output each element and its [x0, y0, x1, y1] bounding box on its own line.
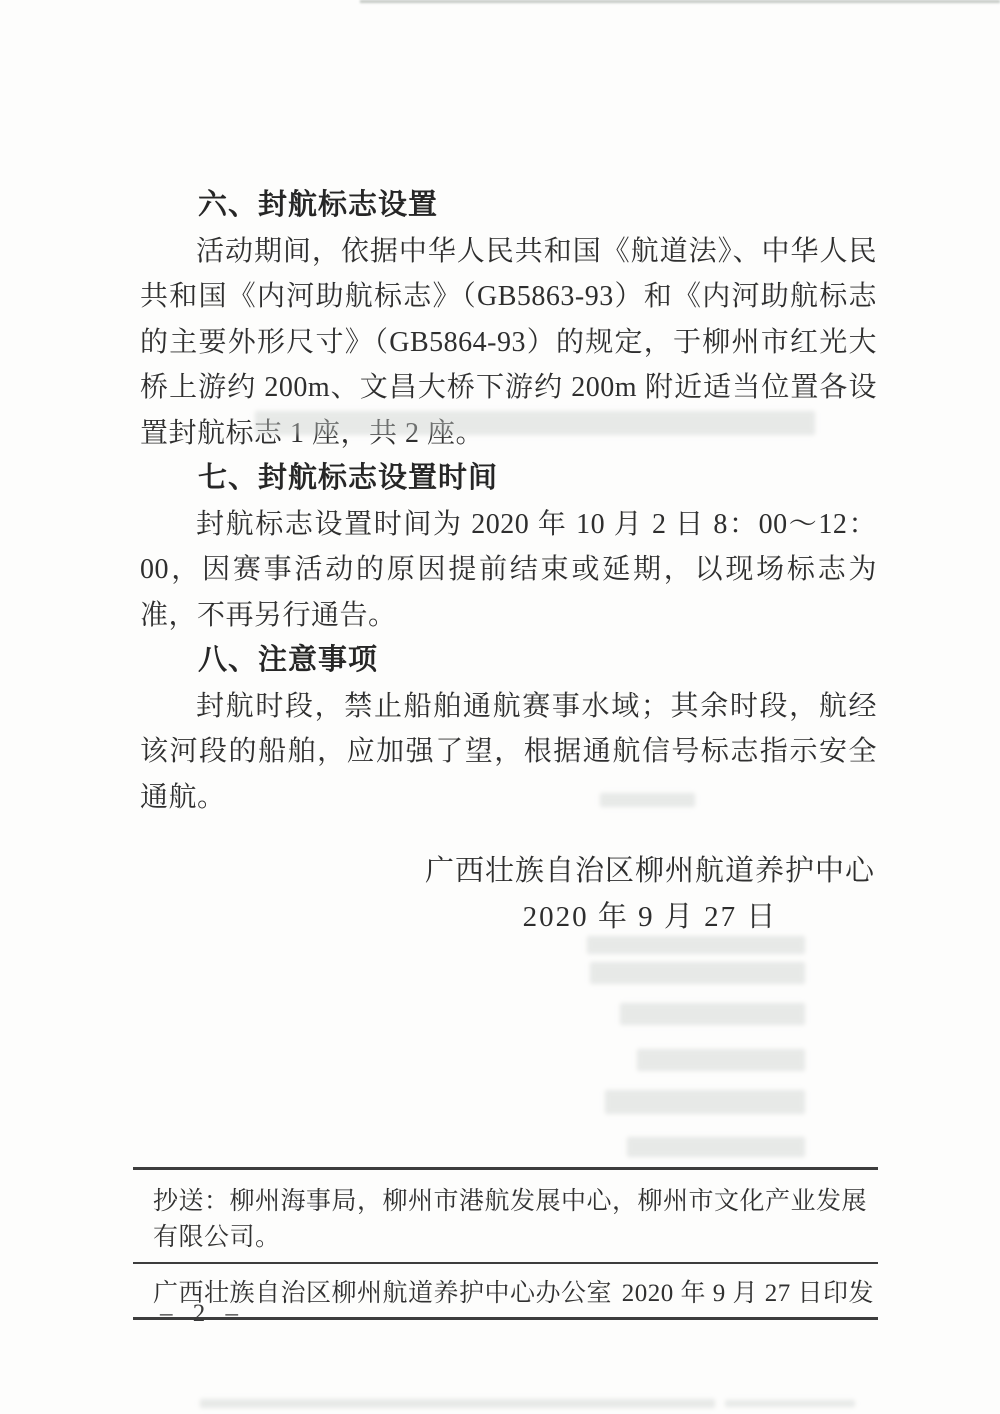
bleedthrough-artifact: [590, 962, 805, 984]
signature-block: 广西壮族自治区柳州航道养护中心 2020 年 9 月 27 日: [425, 848, 875, 940]
signature-organization: 广西壮族自治区柳州航道养护中心: [425, 848, 875, 894]
section-6-heading: 六、封航标志设置: [140, 183, 877, 229]
document-body: 六、封航标志设置 活动期间，依据中华人民共和国《航道法》、中华人民共和国《内河助…: [140, 183, 877, 820]
document-footer: 抄送：柳州海事局，柳州市港航发展中心，柳州市文化产业发展有限公司。 广西壮族自治…: [133, 1167, 878, 1320]
section-7-heading: 七、封航标志设置时间: [140, 456, 877, 502]
bleedthrough-artifact: [620, 1003, 805, 1025]
bleedthrough-artifact: [627, 1137, 805, 1157]
footer-cc-line: 抄送：柳州海事局，柳州市港航发展中心，柳州市文化产业发展有限公司。: [133, 1170, 878, 1264]
section-8-heading: 八、注意事项: [140, 638, 877, 684]
bleedthrough-artifact: [637, 1049, 805, 1071]
page-number: – 2 –: [160, 1300, 245, 1328]
section-6-body: 活动期间，依据中华人民共和国《航道法》、中华人民共和国《内河助航标志》（GB58…: [140, 229, 877, 457]
scanned-document-page: 六、封航标志设置 活动期间，依据中华人民共和国《航道法》、中华人民共和国《内河助…: [0, 0, 1000, 1414]
bleedthrough-artifact: [200, 1399, 715, 1408]
section-8-body: 封航时段，禁止船舶通航赛事水域；其余时段，航经该河段的船舶，应加强了望，根据通航…: [140, 684, 877, 821]
footer-issue-date: 2020 年 9 月 27 日印发: [622, 1273, 874, 1309]
scan-edge-artifact: [360, 0, 1000, 3]
section-7-body: 封航标志设置时间为 2020 年 10 月 2 日 8：00～12：00，因赛事…: [140, 502, 877, 639]
signature-date: 2020 年 9 月 27 日: [425, 894, 875, 940]
bleedthrough-artifact: [605, 1090, 805, 1114]
bleedthrough-artifact: [725, 1400, 855, 1407]
